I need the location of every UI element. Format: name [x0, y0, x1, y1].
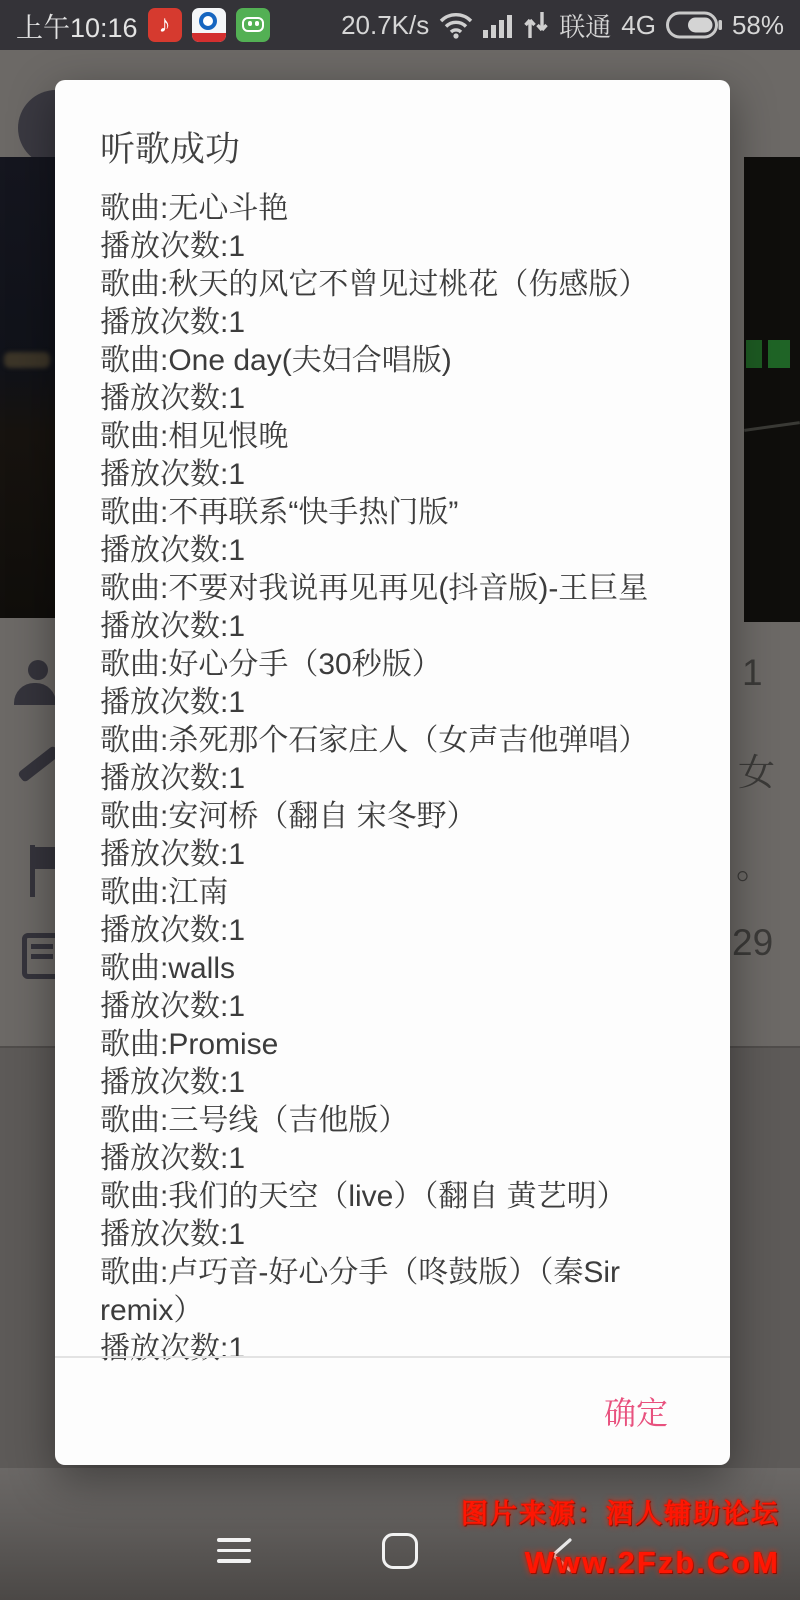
watermark-source-line: 图片来源：酒人辅助论坛	[461, 1492, 780, 1531]
song-name-line: 歌曲:三号线（吉他版）	[100, 1102, 692, 1140]
song-name-line: 歌曲:One day(夫妇合唱版)	[100, 342, 692, 380]
song-entry: 歌曲:江南 播放次数:1	[100, 874, 692, 950]
status-bar: 上午10:16 ♪ 20.7K/s 联通 4G	[0, 0, 800, 50]
song-name-line: 歌曲:不要对我说再见再见(抖音版)-王巨星	[100, 570, 692, 608]
listen-success-dialog: 听歌成功 歌曲:无心斗艳 播放次数:1 歌曲:秋天的风它不曾见过桃花（伤感版） …	[55, 80, 730, 1465]
song-entry: 歌曲:不要对我说再见再见(抖音版)-王巨星 播放次数:1	[100, 570, 692, 646]
confirm-button[interactable]: 确定	[598, 1378, 674, 1444]
song-name-line: 歌曲:安河桥（翻自 宋冬野）	[100, 798, 692, 836]
background-photo-left	[0, 157, 55, 618]
background-photo-right	[744, 157, 800, 622]
song-name-line: 歌曲:walls	[100, 950, 692, 988]
song-name-line: 歌曲:不再联系“快手热门版”	[100, 494, 692, 532]
song-entry: 歌曲:安河桥（翻自 宋冬野） 播放次数:1	[100, 798, 692, 874]
song-name-line: 歌曲:好心分手（30秒版）	[100, 646, 692, 684]
recents-button[interactable]	[217, 1538, 251, 1563]
song-entry: 歌曲:不再联系“快手热门版” 播放次数:1	[100, 494, 692, 570]
news-app-icon	[192, 8, 226, 42]
song-entry: 歌曲:卢巧音-好心分手（咚鼓版）（秦Sir remix） 播放次数:1	[100, 1254, 692, 1368]
song-name-line: 歌曲:相见恨晚	[100, 418, 692, 456]
background-text-fragment: 1	[742, 652, 763, 694]
wifi-icon	[439, 11, 473, 39]
dialog-footer: 确定	[55, 1357, 730, 1465]
play-count-line: 播放次数:1	[100, 836, 692, 874]
play-count-line: 播放次数:1	[100, 988, 692, 1026]
song-name-line: 歌曲:Promise	[100, 1026, 692, 1064]
battery-percent: 58%	[732, 10, 784, 41]
updown-traffic-icon	[523, 12, 549, 38]
song-entry: 歌曲:好心分手（30秒版） 播放次数:1	[100, 646, 692, 722]
song-name-line: 歌曲:秋天的风它不曾见过桃花（伤感版）	[100, 266, 692, 304]
dialog-title: 听歌成功	[100, 122, 730, 172]
battery-icon	[666, 11, 722, 39]
song-entry: 歌曲:One day(夫妇合唱版) 播放次数:1	[100, 342, 692, 418]
song-entry: 歌曲:秋天的风它不曾见过桃花（伤感版） 播放次数:1	[100, 266, 692, 342]
play-count-line: 播放次数:1	[100, 1216, 692, 1254]
green-bot-icon	[236, 8, 270, 42]
song-entry: 歌曲:相见恨晚 播放次数:1	[100, 418, 692, 494]
network-type-label: 4G	[621, 10, 656, 41]
play-count-line: 播放次数:1	[100, 380, 692, 418]
carrier-label: 联通	[559, 7, 611, 44]
song-entry: 歌曲:无心斗艳 播放次数:1	[100, 190, 692, 266]
background-text-fragment: 。	[736, 838, 772, 889]
background-text-fragment: 29	[732, 922, 773, 964]
play-count-line: 播放次数:1	[100, 912, 692, 950]
network-speed: 20.7K/s	[341, 10, 429, 41]
song-name-line: 歌曲:我们的天空（live）（翻自 黄艺明）	[100, 1178, 692, 1216]
play-count-line: 播放次数:1	[100, 1064, 692, 1102]
song-name-line: 歌曲:杀死那个石家庄人（女声吉他弹唱）	[100, 722, 692, 760]
watermark-url-line: Www.2Fzb.CoM	[461, 1545, 780, 1581]
song-entry: 歌曲:杀死那个石家庄人（女声吉他弹唱） 播放次数:1	[100, 722, 692, 798]
play-count-line: 播放次数:1	[100, 608, 692, 646]
play-count-line: 播放次数:1	[100, 228, 692, 266]
play-count-line: 播放次数:1	[100, 532, 692, 570]
netease-music-icon: ♪	[148, 8, 182, 42]
play-count-line: 播放次数:1	[100, 456, 692, 494]
background-person-icon	[14, 660, 56, 705]
song-name-line: 歌曲:江南	[100, 874, 692, 912]
song-entry: 歌曲:三号线（吉他版） 播放次数:1	[100, 1102, 692, 1178]
song-list[interactable]: 歌曲:无心斗艳 播放次数:1 歌曲:秋天的风它不曾见过桃花（伤感版） 播放次数:…	[100, 190, 692, 1436]
watermark: 图片来源：酒人辅助论坛 Www.2Fzb.CoM	[461, 1492, 780, 1581]
play-count-line: 播放次数:1	[100, 684, 692, 722]
song-name-line: 歌曲:无心斗艳	[100, 190, 692, 228]
song-entry: 歌曲:Promise 播放次数:1	[100, 1026, 692, 1102]
phone-screen: 上午10:16 ♪ 20.7K/s 联通 4G	[0, 0, 800, 1600]
background-text-fragment: 女	[738, 742, 775, 796]
song-entry: 歌曲:walls 播放次数:1	[100, 950, 692, 1026]
clock: 上午10:16	[16, 6, 138, 45]
song-entry: 歌曲:我们的天空（live）（翻自 黄艺明） 播放次数:1	[100, 1178, 692, 1254]
play-count-line: 播放次数:1	[100, 760, 692, 798]
home-button[interactable]	[382, 1533, 418, 1569]
play-count-line: 播放次数:1	[100, 1140, 692, 1178]
song-name-line: 歌曲:卢巧音-好心分手（咚鼓版）（秦Sir remix）	[100, 1254, 692, 1330]
play-count-line: 播放次数:1	[100, 304, 692, 342]
signal-strength-icon	[483, 12, 513, 38]
